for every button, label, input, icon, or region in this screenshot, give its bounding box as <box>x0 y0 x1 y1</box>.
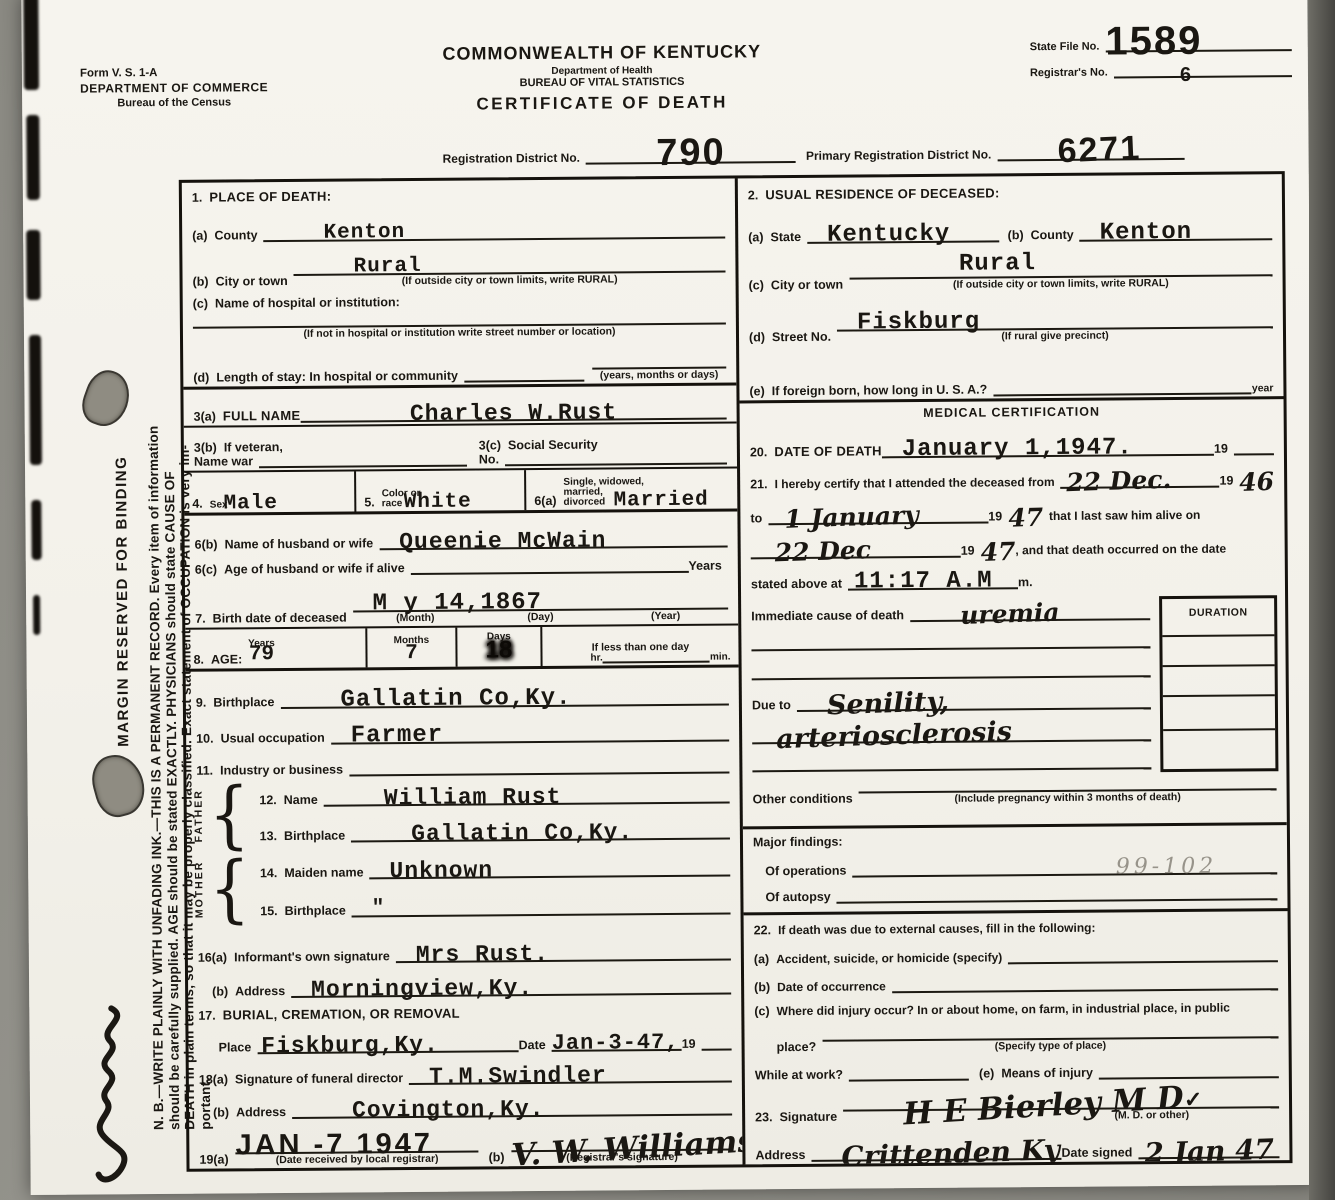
years-value: 79 <box>249 644 274 667</box>
bureau-of-census: Bureau of the Census <box>80 95 268 111</box>
due-to-line: Senility, <box>797 687 1151 712</box>
hr-label: hr. <box>591 654 603 664</box>
mother-maiden-label: Maiden name <box>284 865 363 880</box>
margin-reserved-label: MARGIN RESERVED FOR BINDING <box>110 72 135 1130</box>
informant-no: 16(a) <box>198 951 227 965</box>
physician-addr-value: Crittenden Ky <box>841 1140 1060 1164</box>
work-label: While at work? <box>755 1068 843 1083</box>
ssn-no: 3(c) <box>479 439 501 453</box>
stated-label: stated above at <box>751 577 842 592</box>
stay-no: (d) <box>193 371 209 385</box>
state-no: (a) <box>748 230 763 244</box>
operations-pencil-note: 99-102 <box>1116 854 1218 880</box>
primary-registration-line: 6271 <box>997 128 1184 161</box>
field-informant: 16(a) Informant's own signature Mrs Rust… <box>188 923 741 967</box>
county-label: County <box>214 228 257 242</box>
field-foreign-born: (e) If foreign born, how long in U. S. A… <box>739 356 1283 400</box>
field-age-months: Months 7 <box>365 627 455 667</box>
m-suffix: m. <box>1018 575 1033 589</box>
due-to-line-2: arteriosclerosis <box>752 719 1151 744</box>
foreign-label: If foreign born, how long in U. S. A.? <box>772 382 988 398</box>
dod-no: 20. <box>750 446 768 460</box>
street-value: Fiskburg <box>857 313 980 334</box>
birthplace-label: Birthplace <box>213 695 274 709</box>
field-mother-maiden: 14. Maiden name Unknown <box>250 854 740 882</box>
field-spouse-name: 6(b) Name of husband or wife Queenie McW… <box>184 512 737 554</box>
informant-addr-label: Address <box>235 984 285 998</box>
informant-addr-no: (b) <box>212 985 228 999</box>
days-value-ink-blot: 18 <box>486 637 513 665</box>
funeral-value: T.M.Swindler <box>429 1066 607 1087</box>
field-industry: 11. Industry or business <box>186 744 739 781</box>
funeral-addr-no: (b) <box>213 1105 229 1119</box>
field-physician-address: Address Crittenden Ky Date signed 2 Jan … <box>745 1123 1289 1165</box>
dod-value: January 1,1947. <box>902 439 1133 461</box>
ssn-label: Social Security <box>508 438 598 453</box>
foreign-suffix: year <box>1252 382 1274 394</box>
father-bp-value: Gallatin Co,Ky. <box>411 822 633 844</box>
city-value: Rural <box>354 257 422 278</box>
field-birthplace: 9. Birthplace Gallatin Co,Ky. <box>186 668 739 712</box>
field-burial-place: Place Fiskburg,Ky. Date Jan-3-47, 19 <box>188 1021 741 1057</box>
mother-brace: { <box>209 855 250 924</box>
field-occurrence-date: (b) Date of occurrence <box>744 964 1288 997</box>
burial-no: 17. <box>198 1009 216 1023</box>
immediate-cause-line: uremia <box>910 598 1150 622</box>
spouse-age-no: 6(c) <box>195 562 217 576</box>
dod-19: 19 <box>1214 442 1228 456</box>
field-age-days: Days 18 <box>455 627 540 667</box>
certify-text-2: that I last saw him alive on <box>1049 508 1200 523</box>
operations-line: 99-102 <box>852 848 1277 878</box>
received-date-stamp: JAN -7 1947 <box>235 1132 433 1158</box>
birthplace-no: 9. <box>196 696 207 710</box>
time-line: 11:17 A.M <box>848 567 1018 590</box>
marital-value: Married <box>613 491 708 512</box>
attended-from-value: 22 Dec. <box>1066 470 1172 494</box>
due-to-value-1: Senility, <box>826 692 949 716</box>
from-year-value: 46 <box>1239 472 1274 493</box>
funeral-addr-label: Address <box>236 1105 286 1119</box>
registration-district-line: 790 <box>586 131 796 165</box>
binding-shadow <box>23 0 39 90</box>
certificate-paper: MARGIN RESERVED FOR BINDING N. B.—WRITE … <box>21 0 1316 1195</box>
stay-line-1 <box>464 380 584 383</box>
burial-date-19: 19 <box>682 1037 696 1051</box>
occupation-no: 10. <box>196 732 214 746</box>
accident-no: (a) <box>754 952 769 966</box>
county-line: Kenton <box>263 217 725 243</box>
injury-place-hint: (Specify type of place) <box>822 1038 1278 1054</box>
sex-no: 4. <box>192 497 203 511</box>
occupation-value: Farmer <box>351 726 444 747</box>
margin-scribble-handwriting <box>77 1002 142 1192</box>
injury-label: Where did injury occur? In or about home… <box>777 1001 1230 1019</box>
father-bp-label: Birthplace <box>284 829 345 843</box>
physician-sig-line: H E Bierley M D ✓ <box>843 1081 1279 1112</box>
burial-place-line: Fiskburg,Ky. <box>257 1030 518 1054</box>
certificate-of-death-title: CERTIFICATE OF DEATH <box>402 92 802 115</box>
burial-place-label: Place <box>219 1041 252 1055</box>
due-to-value-2: arteriosclerosis <box>776 722 1012 750</box>
field-mother-birthplace: 15. Birthplace " <box>250 892 740 920</box>
certify-text-3: , and that death occurred on the date <box>1015 542 1226 558</box>
spouse-age-suffix: Years <box>688 558 721 572</box>
field-while-at-work: While at work? (e) Means of injury <box>745 1052 1289 1085</box>
field-residence-street: (d) Street No. Fiskburg (If rural give p… <box>739 290 1283 346</box>
foreign-line <box>993 392 1252 396</box>
registrar-sig-line: V. W. Williamson <box>511 1128 732 1152</box>
res-county-value: Kenton <box>1100 223 1193 244</box>
full-name-no: 3(a) <box>194 410 216 424</box>
scanned-death-certificate: MARGIN RESERVED FOR BINDING N. B.—WRITE … <box>0 0 1335 1200</box>
physician-sig-label: Signature <box>779 1110 837 1124</box>
burial-title: BURIAL, CREMATION, OR REMOVAL <box>223 1006 460 1023</box>
year-hint: (Year) <box>603 609 728 622</box>
certify-text-1: I hereby certify that I attended the dec… <box>775 475 1055 491</box>
binding-shadow <box>26 115 40 200</box>
registration-district-row: Registration District No. 790 Primary Re… <box>442 128 1184 166</box>
scanner-edge-band <box>1309 0 1335 1200</box>
immediate-cause-label: Immediate cause of death <box>751 608 904 623</box>
occupation-line: Farmer <box>331 720 730 745</box>
autopsy-line <box>837 898 1278 903</box>
received-no: 19(a) <box>199 1152 228 1166</box>
father-bp-line: Gallatin Co,Ky. <box>351 818 730 843</box>
mother-bp-ditto: " <box>372 899 386 919</box>
mother-maiden-value: Unknown <box>389 860 493 881</box>
funeral-line: T.M.Swindler <box>409 1061 732 1086</box>
primary-registration-label: Primary Registration District No. <box>806 147 991 162</box>
birthplace-line: Gallatin Co,Ky. <box>280 684 729 710</box>
birth-date-value: M y 14,1867 <box>373 593 543 614</box>
registrar-no-label: Registrar's No. <box>1030 67 1108 80</box>
min-label: min. <box>710 653 731 663</box>
external-causes-title: If death was due to external causes, fil… <box>778 921 1095 937</box>
to-label: to <box>750 511 762 525</box>
field-color-race: 5. Color or race White <box>354 471 524 512</box>
mother-bp-no: 15. <box>260 904 278 918</box>
s1-no: 1. <box>192 191 203 205</box>
months-value: 7 <box>405 642 418 665</box>
field-other-conditions: Other conditions (Include pregnancy with… <box>742 770 1286 808</box>
res-county-no: (b) <box>1008 228 1024 242</box>
stay-label: Length of stay: In hospital or community <box>216 369 458 385</box>
informant-line: Mrs Rust. <box>396 939 731 964</box>
name-war-line <box>259 465 467 469</box>
hospital-label: Name of hospital or institution: <box>215 295 400 310</box>
section-burial: 17. BURIAL, CREMATION, OR REMOVAL Place … <box>188 997 741 1057</box>
binding-shadow <box>31 500 41 560</box>
field-father-name: 12. Name William Rust <box>249 782 739 810</box>
field-birth-date: 7. Birth date of deceased M y 14,1867 (M… <box>185 574 738 630</box>
field-sex: 4. Sex Male <box>184 472 354 513</box>
other-conditions-hint: (Include pregnancy within 3 months of de… <box>859 790 1277 805</box>
field-city-town: (b) City or town Rural (If outside city … <box>182 240 735 290</box>
field-registrar-received: 19(a) JAN -7 1947 (Date received by loca… <box>189 1117 742 1169</box>
state-file-sub-number: 6 <box>1180 64 1191 87</box>
last-seen-value: 22 Dec <box>774 540 871 563</box>
father-name-label: Name <box>284 793 318 807</box>
city-label: City or town <box>215 274 287 289</box>
means-no: (e) <box>979 1067 994 1081</box>
s22-no: 22. <box>754 924 772 938</box>
last-year-value: 47 <box>980 542 1015 563</box>
city-no: (b) <box>193 275 209 289</box>
group-father: FATHER { 12. Name William Rust 13. Bir <box>186 776 740 852</box>
date-signed-label: Date signed <box>1061 1145 1132 1160</box>
father-side-label: FATHER <box>192 780 209 852</box>
date-signed-line: 2 Jan 47 <box>1138 1136 1279 1159</box>
father-name-no: 12. <box>259 793 277 807</box>
mother-side-label: MOTHER <box>193 852 210 928</box>
field-marital-status: 6(a) Single, widowed, married, divorced … <box>524 469 737 510</box>
last-19: 19 <box>961 544 975 558</box>
group-mother: MOTHER { 14. Maiden name Unknown 15. B <box>187 847 741 927</box>
dod-line: January 1,1947. <box>882 434 1214 459</box>
res-county-label: County <box>1031 228 1074 242</box>
certify-no: 21. <box>750 478 768 492</box>
injury-place-label: place? <box>777 1040 817 1054</box>
informant-addr-value: Morningview,Ky. <box>311 978 533 1000</box>
dod-label: DATE OF DEATH <box>774 444 882 460</box>
state-file-label: State File No. <box>1030 41 1100 54</box>
last-seen-line: 22 Dec <box>751 536 961 560</box>
section-usual-residence: 2. USUAL RESIDENCE OF DECEASED: (a) Stat… <box>738 174 1284 403</box>
field-age-years: 8. AGE: Years 79 <box>185 628 365 669</box>
full-name-label: FULL NAME <box>223 408 301 424</box>
race-no: 5. <box>364 495 375 509</box>
age-no: 8. <box>193 653 204 667</box>
burial-place-value: Fiskburg,Ky. <box>261 1035 439 1056</box>
attended-from-line: 22 Dec. <box>1061 466 1220 489</box>
birth-date-line: M y 14,1867 <box>353 587 729 612</box>
primary-registration-value: 6271 <box>1057 133 1142 167</box>
means-line <box>1099 1077 1279 1080</box>
father-brace: { <box>208 781 249 850</box>
duration-label: DURATION <box>1162 606 1274 619</box>
mother-maiden-no: 14. <box>260 866 278 880</box>
form-number: Form V. S. 1-A <box>80 65 268 81</box>
occupation-label: Usual occupation <box>220 731 324 746</box>
to-19: 19 <box>988 510 1002 524</box>
from-19: 19 <box>1219 474 1233 488</box>
time-value: 11:17 A.M <box>854 572 993 593</box>
state-file-value: 1589 <box>1105 30 1202 53</box>
funeral-addr-value: Covington,Ky. <box>352 1099 545 1121</box>
state-file-line: 1589 <box>1105 27 1291 52</box>
field-occupation: 10. Usual occupation Farmer <box>186 708 739 748</box>
mother-bp-label: Birthplace <box>285 903 346 917</box>
work-line <box>849 1079 969 1082</box>
res-city-hint: (If outside city or town limits, write R… <box>849 276 1273 291</box>
right-column: 2. USUAL RESIDENCE OF DECEASED: (a) Stat… <box>738 174 1290 1164</box>
date-signed-value: 2 Jan 47 <box>1144 1140 1274 1164</box>
spouse-line: Queenie McWain <box>379 526 728 551</box>
res-city-value: Rural <box>959 254 1036 275</box>
mother-maiden-line: Unknown <box>369 854 730 879</box>
commonwealth-title: COMMONWEALTH OF KENTUCKY <box>402 41 802 65</box>
funeral-addr-line: Covington,Ky. <box>292 1093 732 1118</box>
spouse-label: Name of husband or wife <box>224 536 373 551</box>
form-identification: Form V. S. 1-A DEPARTMENT OF COMMERCE Bu… <box>80 65 268 111</box>
binding-shadow <box>29 335 42 465</box>
foreign-no: (e) <box>749 384 764 398</box>
autopsy-label: Of autopsy <box>765 890 830 905</box>
field-residence-state: (a) State Kentucky (b) County Kenton <box>738 200 1282 246</box>
race-value: White <box>404 493 472 514</box>
spouse-age-label: Age of husband or wife if alive <box>224 561 405 576</box>
field-father-birthplace: 13. Birthplace Gallatin Co,Ky. <box>250 818 740 846</box>
veteran-label: If veteran, <box>224 441 283 455</box>
ssn-line <box>505 463 727 467</box>
funeral-label: Signature of funeral director <box>235 1072 403 1087</box>
physician-addr-label: Address <box>755 1148 805 1162</box>
field-date-of-death: 20. DATE OF DEATH January 1,1947. 19 <box>740 422 1284 462</box>
birth-date-no: 7. <box>195 611 206 625</box>
funeral-no: 18(a) <box>199 1073 228 1087</box>
res-city-no: (c) <box>749 278 764 292</box>
bureau-vital-statistics: BUREAU OF VITAL STATISTICS <box>402 75 802 90</box>
field-veteran-ssn: 3(b) If veteran, Name war 3(c) Social Se… <box>184 423 737 473</box>
field-operations: Of operations 99-102 <box>743 848 1287 881</box>
field-attended-from: 21. I hereby certify that I attended the… <box>740 457 1284 493</box>
field-full-name: 3(a) FULL NAME Charles W.Rust <box>183 385 736 427</box>
row-sex-color-marital: 4. Sex Male 5. Color or race White 6(a) <box>184 469 737 516</box>
stay-hint: (years, months or days) <box>592 369 726 382</box>
age-label: AGE: <box>211 653 242 667</box>
section-place-of-death: 1. PLACE OF DEATH: (a) County Kenton (b)… <box>182 178 737 389</box>
operations-label: Of operations <box>765 864 846 879</box>
county-no: (a) <box>192 229 207 243</box>
registrar-sig-no: (b) <box>489 1150 505 1164</box>
s23-no: 23. <box>755 1111 773 1125</box>
birth-date-label: Birth date of deceased <box>213 610 347 625</box>
mother-bp-line: " <box>352 892 731 917</box>
registration-district-value: 790 <box>656 138 726 169</box>
field-age-less-one-day: If less than one day hr. min. <box>540 625 738 666</box>
father-bp-no: 13. <box>260 829 278 843</box>
hospital-no: (c) <box>193 297 208 311</box>
to-year-value: 47 <box>1008 508 1043 529</box>
place-of-death-title: PLACE OF DEATH: <box>209 189 331 205</box>
field-informant-address: (b) Address Morningview,Ky. <box>188 963 741 1001</box>
father-name-line: William Rust <box>324 782 730 807</box>
occurrence-no: (b) <box>754 980 770 994</box>
field-funeral-address: (b) Address Covington,Ky. <box>189 1085 742 1122</box>
file-numbers: State File No. 1589 6 Registrar's No. <box>1030 27 1292 93</box>
injury-no: (c) <box>754 1005 769 1019</box>
registrar-no-line <box>1114 75 1292 78</box>
binding-shadow <box>26 230 41 300</box>
s2-no: 2. <box>748 188 759 202</box>
residence-title: USUAL RESIDENCE OF DECEASED: <box>765 185 999 202</box>
means-label: Means of injury <box>1001 1066 1093 1081</box>
certificate-body: 1. PLACE OF DEATH: (a) County Kenton (b)… <box>179 171 1293 1172</box>
veteran-no: 3(b) <box>194 441 217 455</box>
section-medical-certification: MEDICAL CERTIFICATION 20. DATE OF DEATH … <box>740 399 1290 1164</box>
burial-date-year-line <box>702 1049 732 1051</box>
attended-to-value: 1 January <box>784 505 919 530</box>
row-age: 8. AGE: Years 79 Months 7 <box>185 625 738 672</box>
father-name-value: William Rust <box>384 787 562 808</box>
field-residence-city: (c) City or town Rural (If outside city … <box>738 242 1282 294</box>
informant-label: Informant's own signature <box>234 949 390 964</box>
state-value: Kentucky <box>827 225 950 246</box>
res-county-line: Kenton <box>1080 218 1273 242</box>
department-of-commerce: DEPARTMENT OF COMMERCE <box>80 80 268 96</box>
binding-shadow <box>33 595 40 635</box>
registrar-signature-value: V. W. Williamson <box>511 1128 745 1165</box>
marital-no: 6(a) <box>534 494 556 508</box>
full-name-value: Charles W.Rust <box>410 402 617 424</box>
res-city-label: City or town <box>771 278 843 293</box>
occurrence-label: Date of occurrence <box>777 979 886 994</box>
registration-district-label: Registration District No. <box>443 151 580 166</box>
due-to-label: Due to <box>752 698 791 712</box>
attended-to-line: 1 January <box>768 502 988 526</box>
burial-date-label: Date <box>519 1038 546 1052</box>
informant-addr-line: Morningview,Ky. <box>291 973 731 998</box>
other-conditions-label: Other conditions <box>753 791 853 806</box>
state-label: State <box>770 230 801 244</box>
spouse-no: 6(b) <box>195 538 218 552</box>
field-length-of-stay: (d) Length of stay: In hospital or commu… <box>183 338 736 386</box>
full-name-line: Charles W.Rust <box>300 398 726 423</box>
sex-value: Male <box>223 494 278 514</box>
ssn-no-label: No. <box>479 453 499 467</box>
certificate-header: COMMONWEALTH OF KENTUCKY Department of H… <box>402 41 803 115</box>
birthplace-value: Gallatin Co,Ky. <box>340 689 571 711</box>
left-column: 1. PLACE OF DEATH: (a) County Kenton (b)… <box>182 178 746 1168</box>
immediate-cause-value: uremia <box>960 603 1060 626</box>
field-physician-signature: 23. Signature H E Bierley M D ✓ (M. D. o… <box>745 1081 1289 1127</box>
field-attended-to: to 1 January 19 47 that I last saw him a… <box>740 489 1284 527</box>
spouse-value: Queenie McWain <box>399 530 606 552</box>
field-injury-place: place? (Specify type of place) <box>744 1017 1288 1057</box>
burial-date-line: Jan-3-47, <box>552 1029 682 1052</box>
informant-value: Mrs Rust. <box>416 944 549 965</box>
name-war-label: Name war <box>194 455 253 469</box>
dod-year-line <box>1234 454 1274 456</box>
physician-addr-line: Crittenden Ky <box>811 1138 1061 1162</box>
state-line: Kentucky <box>807 220 1000 244</box>
field-accident-type: (a) Accident, suicide, or homicide (spec… <box>744 936 1288 969</box>
accident-label: Accident, suicide, or homicide (specify) <box>776 950 1002 966</box>
burial-date-value: Jan-3-47, <box>552 1033 680 1054</box>
street-no-no: (d) <box>749 330 765 344</box>
checkmark: ✓ <box>1184 1087 1203 1113</box>
hr-line <box>603 661 710 664</box>
duration-box: DURATION <box>1159 595 1278 772</box>
field-county: (a) County Kenton <box>182 202 735 244</box>
received-line: JAN -7 1947 <box>235 1126 478 1154</box>
major-findings-label: Major findings: <box>753 835 843 850</box>
field-autopsy: Of autopsy <box>743 877 1287 916</box>
street-no-label: Street No. <box>772 330 831 344</box>
county-value: Kenton <box>323 223 405 244</box>
